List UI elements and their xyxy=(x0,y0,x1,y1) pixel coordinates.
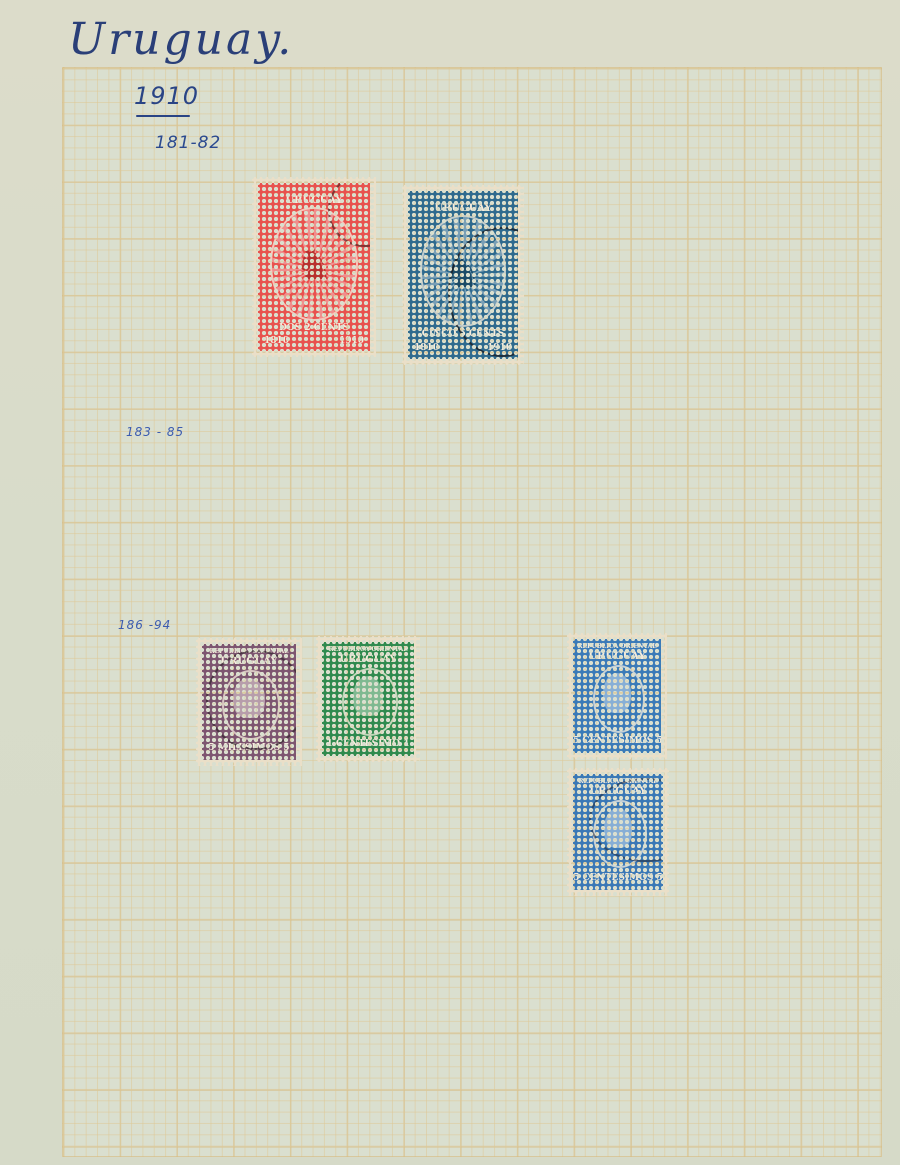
album-page: Uruguay. 1910 181-82 183 - 85 186 -94 UR… xyxy=(0,0,900,1165)
section-label-186-94: 186 -94 xyxy=(118,618,171,632)
section-label-183-85: 183 - 85 xyxy=(126,425,184,439)
stamp-1-centesimo-green[interactable]: REPUBLICA ORIENTAL URUGUAY 1 CENTESIMO 1 xyxy=(316,636,420,762)
stamp-value: DOS 2 CENTS xyxy=(258,323,370,333)
year-heading: 1910 xyxy=(134,82,199,110)
stamp-5-milesimos-purple[interactable]: REPUBLICA ORIENTAL URUGUAY 5 MILESIMOS 5 xyxy=(196,638,302,766)
portrait-icon xyxy=(603,673,631,713)
year-right: 1910 xyxy=(339,336,364,346)
stamp-header: REPUBLICA ORIENTAL xyxy=(573,643,661,650)
horse-icon: ♞ xyxy=(258,243,370,287)
portrait-icon xyxy=(353,676,383,716)
stamp-value: 1 CENTESIMO 1 xyxy=(322,739,414,749)
stamp-value: 5 CENTESIMOS 5 xyxy=(573,873,663,883)
stamp-5-centesimos-blue-top[interactable]: REPUBLICA ORIENTAL URUGUAY 5 CENTESIMOS … xyxy=(567,633,667,759)
section-label-181-82: 181-82 xyxy=(155,133,221,153)
postmark xyxy=(206,650,296,750)
stamp-country: URUGUAY xyxy=(573,651,661,662)
stamp-2-cents-red[interactable]: URUGUAY ♞ DOS 2 CENTS 1810 1910 xyxy=(252,177,376,357)
stamp-country: URUGUAY xyxy=(408,203,518,214)
stamp-years: 1810 1910 xyxy=(258,336,370,346)
stamp-5-cents-blue[interactable]: URUGUAY ♞ CINCO 5 CENTS 1810 1910 xyxy=(402,185,524,365)
stamp-5-centesimos-blue-bottom[interactable]: REPUBLICA ORIENTAL URUGUAY 5 CENTESIMOS … xyxy=(567,768,669,896)
year-left: 1810 xyxy=(414,343,439,353)
stamp-country: URUGUAY xyxy=(322,654,414,665)
page-title: Uruguay. xyxy=(68,14,294,65)
stamp-header: REPUBLICA ORIENTAL xyxy=(322,646,414,653)
year-underline xyxy=(136,115,190,117)
year-left: 1810 xyxy=(264,336,289,346)
stamp-value: 5 CENTESIMOS 5 xyxy=(573,736,661,746)
